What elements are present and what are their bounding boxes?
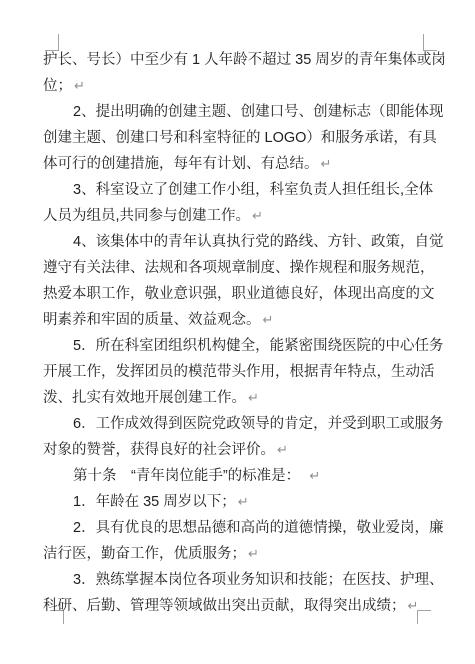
text-line-text: 泼、扎实有效地开展创建工作。 bbox=[43, 390, 246, 406]
text-line[interactable]: 热爱本职工作，敬业意识强，职业道德良好，体现出高度的文 bbox=[43, 281, 421, 307]
paragraph-mark-icon: ↵ bbox=[263, 312, 274, 327]
text-line[interactable]: 明素养和牢固的质量、效益观念。↵ bbox=[43, 307, 421, 333]
text-line[interactable]: 1．年龄在 35 周岁以下；↵ bbox=[43, 489, 421, 515]
text-line[interactable]: 2、提出明确的创建主题、创建口号、创建标志（即能体现 bbox=[43, 99, 421, 125]
crop-mark-top-right bbox=[423, 34, 437, 51]
text-line[interactable]: 对象的赞誉，获得良好的社会评价。↵ bbox=[43, 437, 421, 463]
paragraph-mark-icon: ↵ bbox=[321, 156, 332, 171]
word-document-page: 护长、号长）中至少有 1 人年龄不超过 35 周岁的青年集体或岗 位；↵ 2、提… bbox=[0, 0, 475, 664]
paragraph: 5．所在科室团组织机构健全，能紧密围绕医院的中心任务 开展工作，发挥团员的模范带… bbox=[43, 333, 421, 411]
paragraph-mark-icon: ↵ bbox=[238, 494, 249, 509]
text-line-text: 对象的赞誉，获得良好的社会评价。 bbox=[43, 442, 275, 458]
text-line-text: 体可行的创建措施，每年有计划、有总结。 bbox=[43, 156, 319, 172]
text-line[interactable]: 人员为组员,共同参与创建工作。↵ bbox=[43, 203, 421, 229]
text-line[interactable]: 护长、号长）中至少有 1 人年龄不超过 35 周岁的青年集体或岗 bbox=[43, 47, 421, 73]
text-line-text: 位； bbox=[43, 78, 72, 94]
paragraph: 2．具有优良的思想品德和高尚的道德情操，敬业爱岗，廉 洁行医，勤奋工作，优质服务… bbox=[43, 515, 421, 567]
paragraph-mark-icon: ↵ bbox=[252, 208, 263, 223]
text-line[interactable]: 科研、后勤、管理等领域做出突出贡献，取得突出成绩；↵ bbox=[43, 593, 421, 619]
text-line[interactable]: 2．具有优良的思想品德和高尚的道德情操，敬业爱岗，廉 bbox=[43, 515, 421, 541]
text-line[interactable]: 第十条 “青年岗位能手”的标准是： ↵ bbox=[43, 463, 421, 489]
paragraph: 4、该集体中的青年认真执行党的路线、方针、政策，自觉 遵守有关法律、法规和各项规… bbox=[43, 229, 421, 333]
text-line-text: 洁行医，勤奋工作，优质服务； bbox=[43, 546, 246, 562]
text-line[interactable]: 创建主题、创建口号和科室特征的 LOGO）和服务承诺，有具 bbox=[43, 125, 421, 151]
text-line[interactable]: 开展工作，发挥团员的模范带头作用，根据青年特点，生动活 bbox=[43, 359, 421, 385]
paragraph-mark-icon: ↵ bbox=[74, 78, 85, 93]
paragraph: 6．工作成效得到医院党政领导的肯定，并受到职工或服务 对象的赞誉，获得良好的社会… bbox=[43, 411, 421, 463]
text-line[interactable]: 位；↵ bbox=[43, 73, 421, 99]
paragraph: 3、科室设立了创建工作小组，科室负责人担任组长,全体 人员为组员,共同参与创建工… bbox=[43, 177, 421, 229]
text-line[interactable]: 洁行医，勤奋工作，优质服务；↵ bbox=[43, 541, 421, 567]
paragraph: 护长、号长）中至少有 1 人年龄不超过 35 周岁的青年集体或岗 位；↵ bbox=[43, 47, 421, 99]
paragraph-mark-icon: ↵ bbox=[408, 598, 419, 613]
paragraph-mark-icon: ↵ bbox=[277, 442, 288, 457]
text-line[interactable]: 3．熟练掌握本岗位各项业务知识和技能；在医技、护理、 bbox=[43, 567, 421, 593]
paragraph-mark-icon: ↵ bbox=[248, 546, 259, 561]
text-line[interactable]: 6．工作成效得到医院党政领导的肯定，并受到职工或服务 bbox=[43, 411, 421, 437]
text-line[interactable]: 体可行的创建措施，每年有计划、有总结。↵ bbox=[43, 151, 421, 177]
paragraph: 3．熟练掌握本岗位各项业务知识和技能；在医技、护理、 科研、后勤、管理等领域做出… bbox=[43, 567, 421, 619]
paragraph: 2、提出明确的创建主题、创建口号、创建标志（即能体现 创建主题、创建口号和科室特… bbox=[43, 99, 421, 177]
text-line-text: 明素养和牢固的质量、效益观念。 bbox=[43, 312, 261, 328]
text-line-text: 1．年龄在 35 周岁以下； bbox=[73, 494, 236, 510]
text-line-text: 人员为组员,共同参与创建工作。 bbox=[43, 208, 250, 224]
text-line-text: 第十条 “青年岗位能手”的标准是： bbox=[73, 468, 307, 484]
paragraph-mark-icon: ↵ bbox=[309, 468, 320, 483]
paragraph: 第十条 “青年岗位能手”的标准是： ↵ bbox=[43, 463, 421, 489]
paragraph: 1．年龄在 35 周岁以下；↵ bbox=[43, 489, 421, 515]
text-line[interactable]: 遵守有关法律、法规和各项规章制度、操作规程和服务规范， bbox=[43, 255, 421, 281]
paragraph-mark-icon: ↵ bbox=[248, 390, 259, 405]
text-line-text: 科研、后勤、管理等领域做出突出贡献，取得突出成绩； bbox=[43, 598, 406, 614]
text-line[interactable]: 4、该集体中的青年认真执行党的路线、方针、政策，自觉 bbox=[43, 229, 421, 255]
text-line[interactable]: 泼、扎实有效地开展创建工作。↵ bbox=[43, 385, 421, 411]
text-line[interactable]: 5．所在科室团组织机构健全，能紧密围绕医院的中心任务 bbox=[43, 333, 421, 359]
document-edit-area[interactable]: 护长、号长）中至少有 1 人年龄不超过 35 周岁的青年集体或岗 位；↵ 2、提… bbox=[43, 47, 421, 619]
text-line[interactable]: 3、科室设立了创建工作小组，科室负责人担任组长,全体 bbox=[43, 177, 421, 203]
